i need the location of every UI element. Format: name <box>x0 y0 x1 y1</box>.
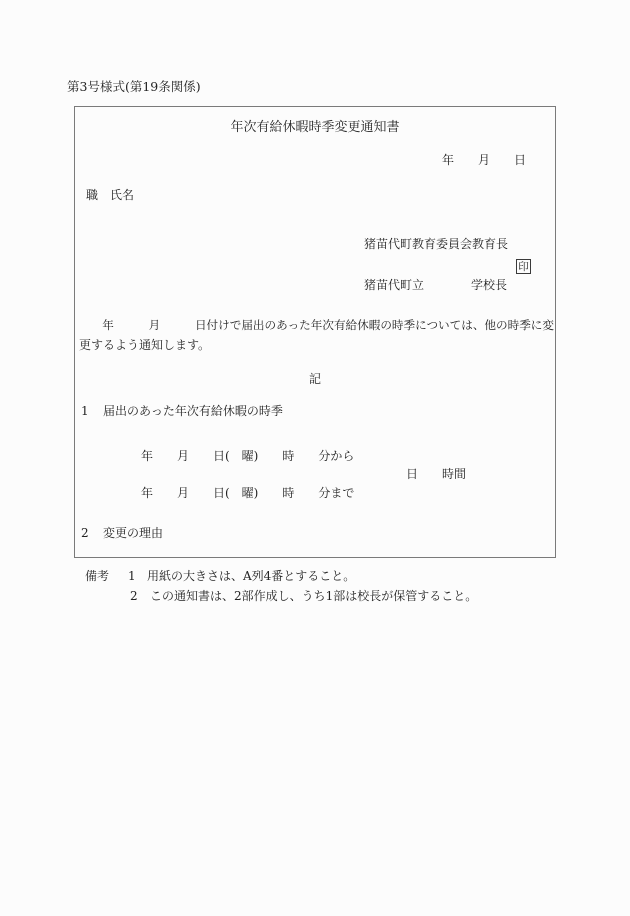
item-2-label: 変更の理由 <box>103 527 163 539</box>
document-page: 第3号様式(第19条関係) 年次有給休暇時季変更通知書 年 月 日 職 氏名 猪… <box>0 0 630 916</box>
item-2-number: 2 <box>81 527 89 539</box>
remark-2-number: 2 <box>130 590 138 602</box>
notification-body: 年 月 日付けで届出のあった年次有給休暇の時季については、他の時季に変 更するよ… <box>79 320 554 351</box>
notice-box: 年次有給休暇時季変更通知書 年 月 日 職 氏名 猪苗代町教育委員会教育長 印 … <box>74 106 556 558</box>
addressee-line: 職 氏名 <box>86 189 134 201</box>
issuer-school-prefix: 猪苗代町立 <box>364 278 424 292</box>
schedule-to-line: 年 月 日( 曜) 時 分まで <box>141 487 354 499</box>
form-number-label: 第3号様式(第19条関係) <box>67 81 201 94</box>
item-2-row: 2 変更の理由 <box>75 527 555 541</box>
remarks-label: 備考 <box>85 570 109 582</box>
schedule-from-line: 年 月 日( 曜) 時 分から <box>141 450 354 462</box>
remark-1-number: 1 <box>128 570 136 582</box>
remark-2-text: この通知書は、2部作成し、うち1部は校長が保管すること。 <box>150 590 477 602</box>
remark-1-text: 用紙の大きさは、A列4番とすること。 <box>147 570 355 582</box>
issue-date-line: 年 月 日 <box>442 154 526 166</box>
item-1-row: 1 届出のあった年次有給休暇の時季 <box>75 405 555 419</box>
seal-stamp-icon: 印 <box>516 259 531 274</box>
issuer-title-line: 猪苗代町教育委員会教育長 <box>364 238 508 250</box>
document-title: 年次有給休暇時季変更通知書 <box>75 121 555 134</box>
record-heading: 記 <box>75 373 555 385</box>
item-1-label: 届出のあった年次有給休暇の時季 <box>103 405 283 417</box>
body-paragraph-line-1: 年 月 日付けで届出のあった年次有給休暇の時季については、他の時季に変 <box>79 320 554 339</box>
item-1-number: 1 <box>81 405 89 417</box>
issuer-school-line: 猪苗代町立学校長 <box>364 279 507 291</box>
schedule-duration-line: 日 時間 <box>406 468 466 480</box>
body-paragraph-line-2: 更するよう通知します。 <box>79 339 554 351</box>
issuer-school-suffix: 学校長 <box>471 278 507 292</box>
